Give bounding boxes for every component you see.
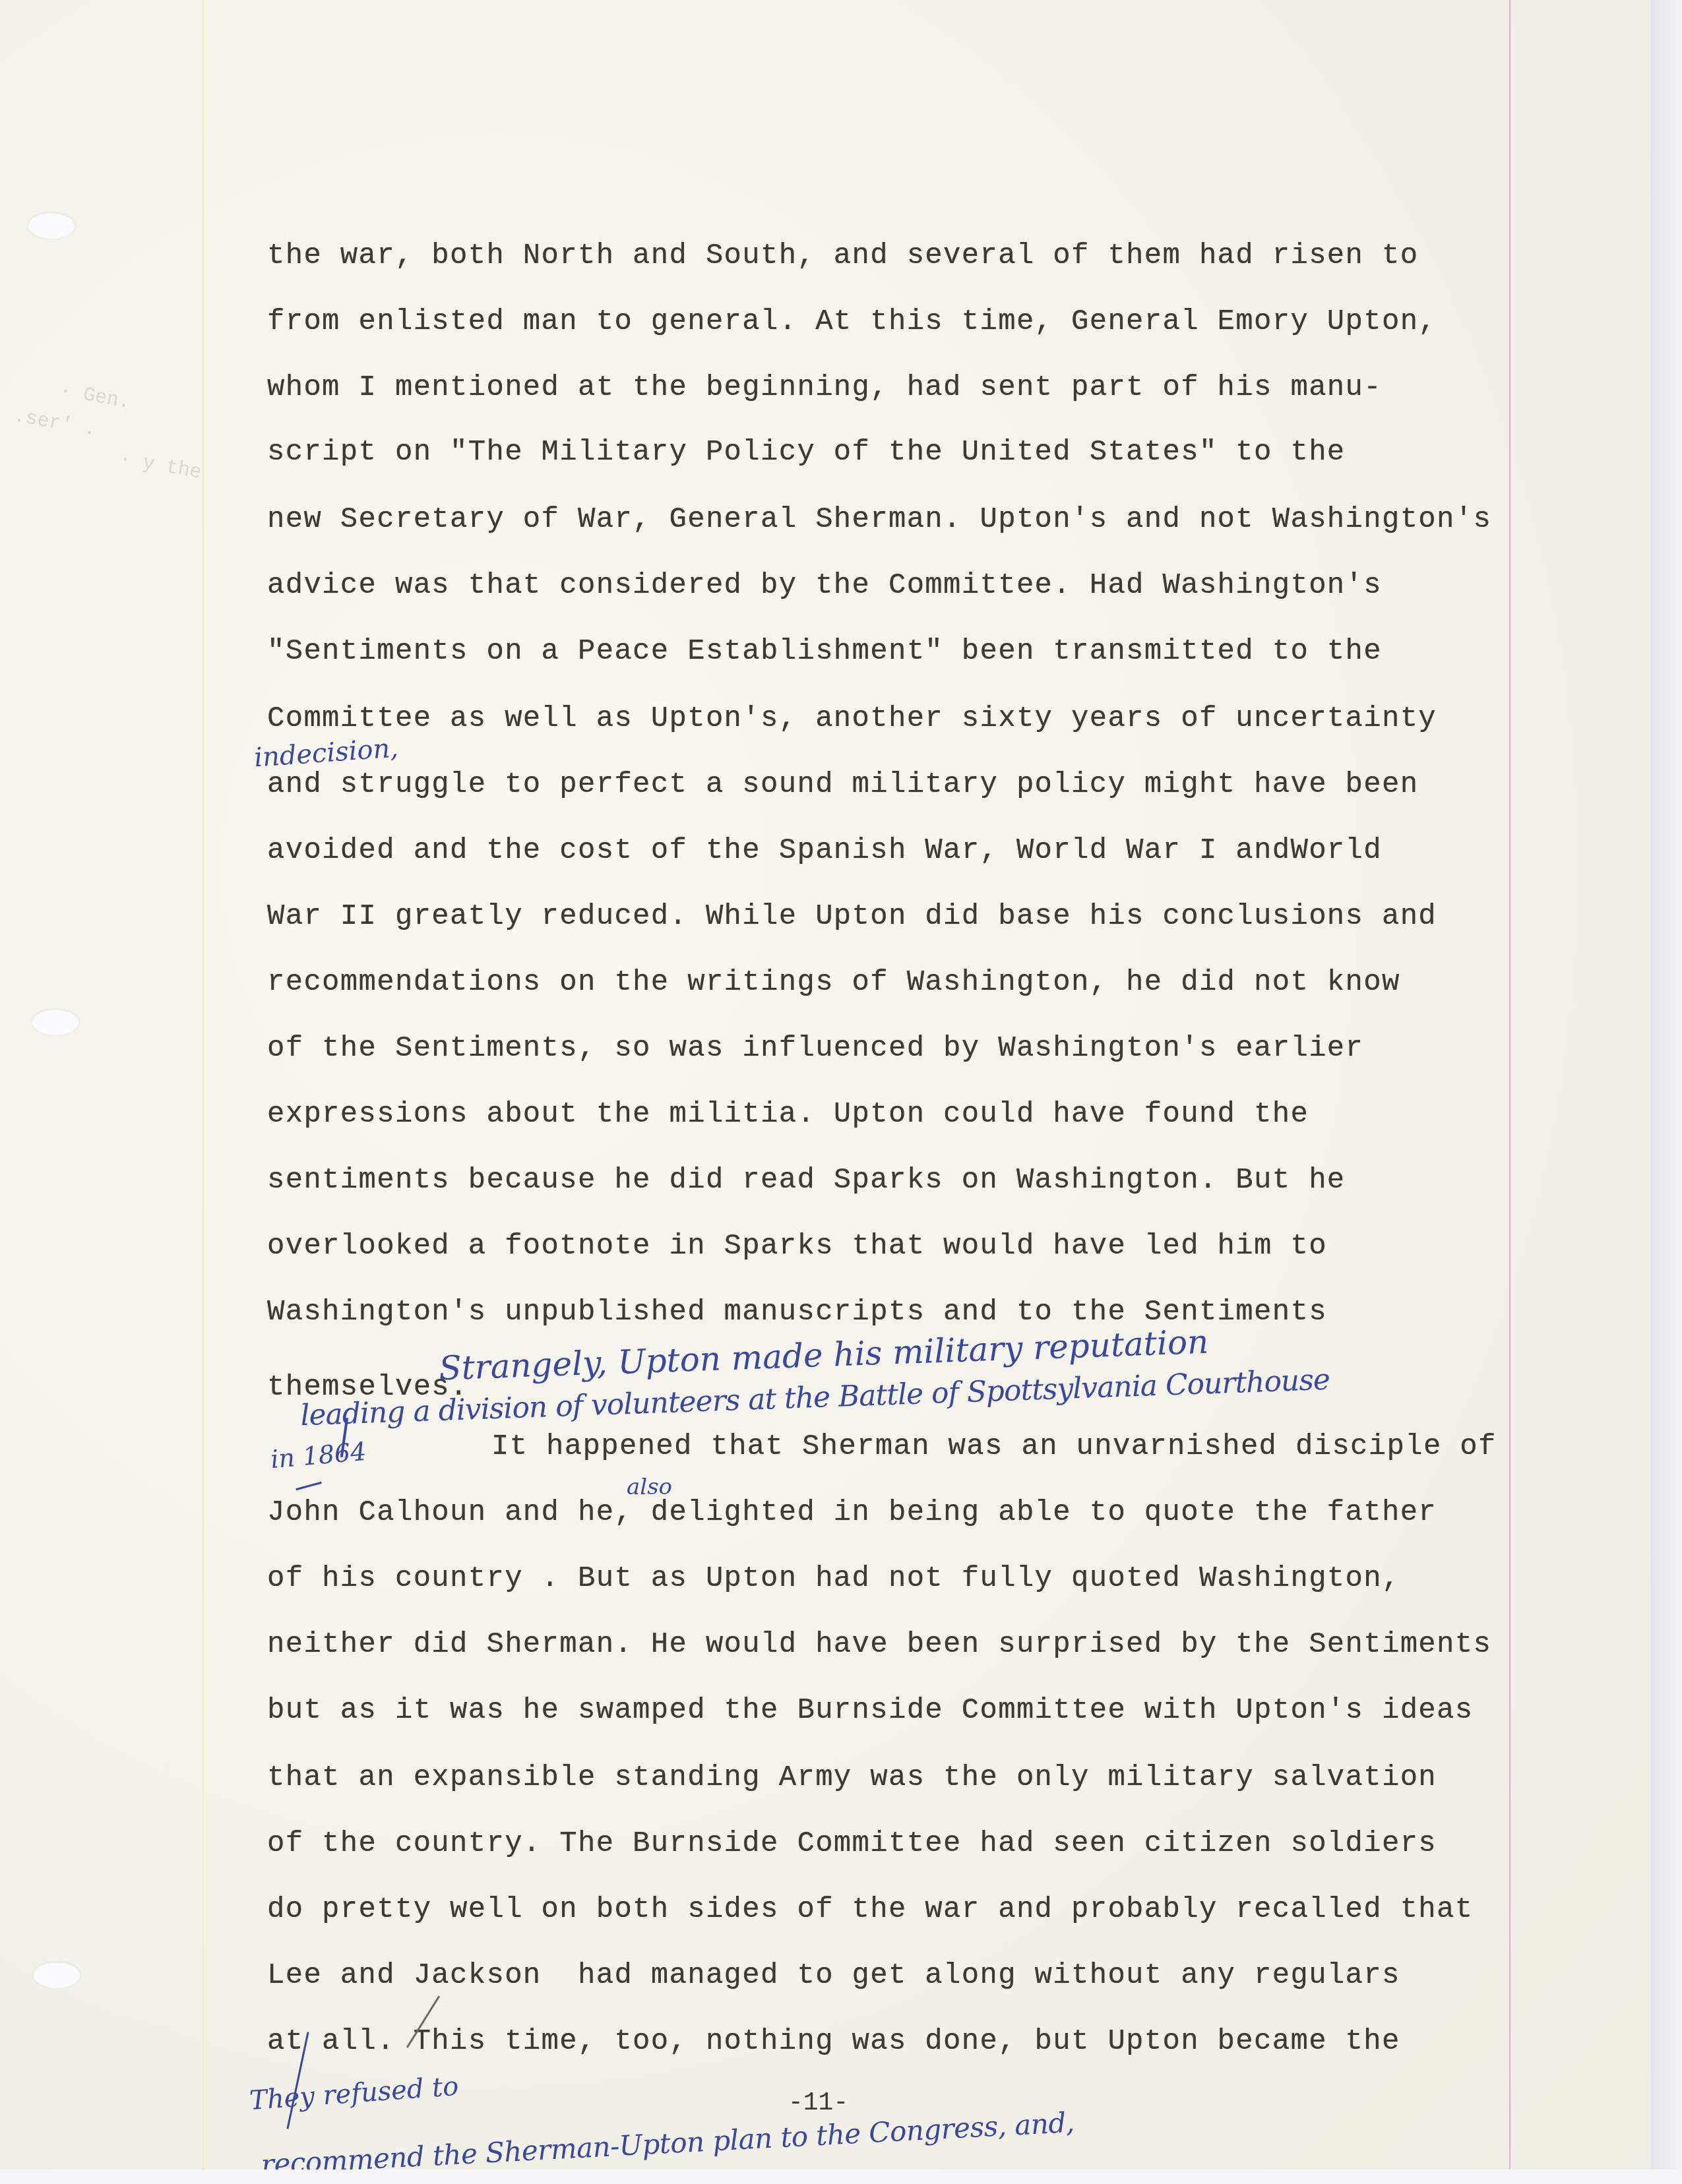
typed-line-17: Washington's unpublished manuscripts and… xyxy=(267,1298,1327,1327)
typed-line-3: whom I mentioned at the beginning, had s… xyxy=(267,373,1382,402)
typed-line-22: neither did Sherman. He would have been … xyxy=(267,1630,1491,1659)
typed-line-28: at all. This time, too, nothing was done… xyxy=(267,2027,1400,2056)
typed-line-13: of the Sentiments, so was influenced by … xyxy=(267,1034,1363,1063)
typed-line-25: of the country. The Burnside Committee h… xyxy=(267,1829,1437,1858)
handwritten-insert-indecision: indecision, xyxy=(253,735,399,771)
typed-line-7: "Sentiments on a Peace Establishment" be… xyxy=(267,637,1382,666)
typed-line-24: that an expansible standing Army was the… xyxy=(267,1763,1437,1792)
scan-edge-bottom xyxy=(0,2169,1682,2184)
punch-hole-middle xyxy=(32,1009,79,1035)
typed-line-6: advice was that considered by the Commit… xyxy=(267,571,1382,600)
handwritten-insert-refused-line2: recommend the Sherman-Upton plan to the … xyxy=(261,2109,1075,2179)
typed-line-15: sentiments because he did read Sparks on… xyxy=(267,1166,1346,1195)
typed-line-10: avoided and the cost of the Spanish War,… xyxy=(267,836,1382,865)
bleed-through-text: · y the xyxy=(117,448,203,484)
typed-line-8: Committee as well as Upton's, another si… xyxy=(267,704,1437,733)
typed-line-14: expressions about the militia. Upton cou… xyxy=(267,1100,1309,1129)
left-margin-rule xyxy=(202,0,204,2169)
bleed-through-text: .ser' . xyxy=(12,405,98,441)
typed-line-4: script on "The Military Policy of the Un… xyxy=(267,438,1346,467)
typed-line-1: the war, both North and South, and sever… xyxy=(267,241,1418,270)
document-page: · Gen. .ser' . · y the the war, both Nor… xyxy=(0,0,1650,2169)
handwritten-insert-also: also xyxy=(627,1476,672,1498)
typed-line-11: War II greatly reduced. While Upton did … xyxy=(267,902,1437,931)
typed-line-12: recommendations on the writings of Washi… xyxy=(267,968,1400,997)
typed-line-27: Lee and Jackson had managed to get along… xyxy=(267,1961,1400,1990)
handwritten-insert-refused-line1: They refused to xyxy=(249,2073,459,2114)
typed-line-16: overlooked a footnote in Sparks that wou… xyxy=(267,1232,1327,1261)
typed-line-2: from enlisted man to general. At this ti… xyxy=(267,307,1437,336)
page-number: -11- xyxy=(788,2089,848,2117)
bleed-through-text: · Gen. xyxy=(58,380,132,414)
typed-line-26: do pretty well on both sides of the war … xyxy=(267,1895,1473,1924)
typed-line-23: but as it was he swamped the Burnside Co… xyxy=(267,1696,1473,1725)
scan-edge-right xyxy=(1650,0,1682,2184)
typed-line-21: of his country . But as Upton had not fu… xyxy=(267,1564,1400,1593)
typed-line-9: and struggle to perfect a sound military… xyxy=(267,770,1418,799)
right-margin-rule xyxy=(1509,0,1511,2169)
typed-line-20: John Calhoun and he, delighted in being … xyxy=(267,1498,1437,1527)
handwritten-insert-strangely-line3: in 1864 xyxy=(270,1439,367,1472)
checkmark-stroke xyxy=(296,1482,321,1490)
punch-hole-bottom xyxy=(33,1962,80,1988)
typed-line-5: new Secretary of War, General Sherman. U… xyxy=(267,505,1491,534)
typed-line-19: It happened that Sherman was an unvarnis… xyxy=(491,1432,1497,1461)
punch-hole-top xyxy=(28,212,75,239)
